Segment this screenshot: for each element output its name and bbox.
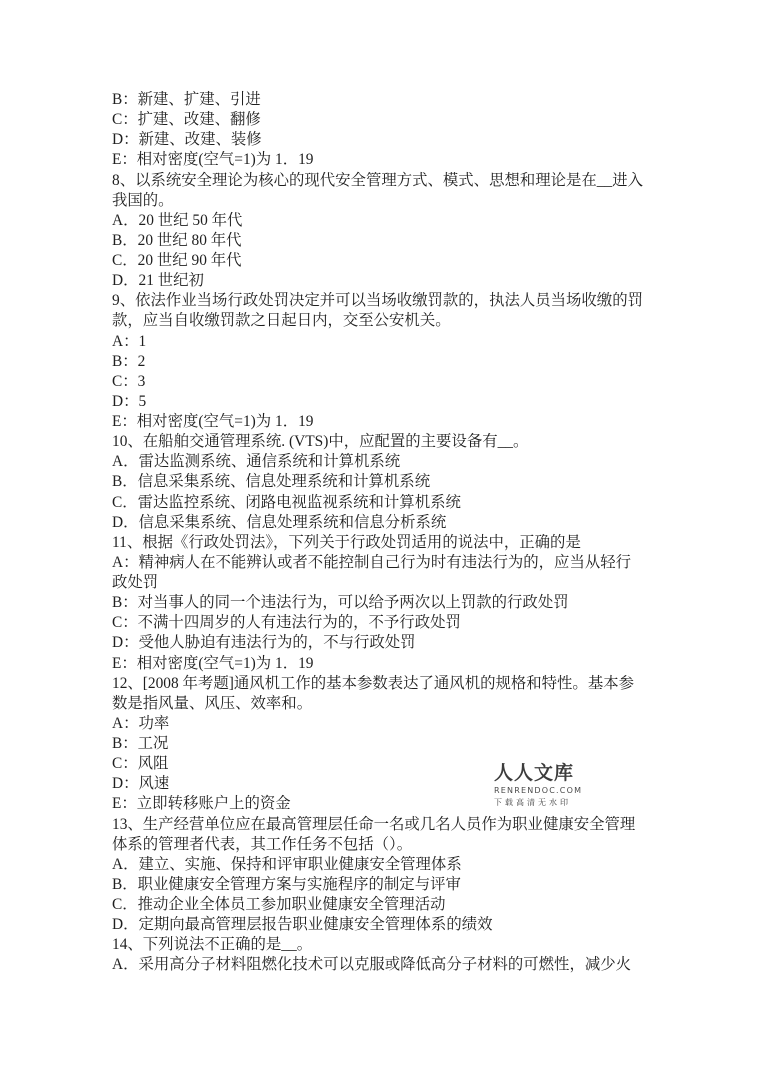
text-line: B．信息采集系统、信息处理系统和计算机系统: [112, 472, 672, 492]
text-line: 13、生产经营单位应在最高管理层任命一名或几名人员作为职业健康安全管理: [112, 815, 672, 835]
text-line: C：扩建、改建、翻修: [112, 110, 672, 130]
text-line: B．20 世纪 80 年代: [112, 231, 672, 251]
text-line: A．建立、实施、保持和评审职业健康安全管理体系: [112, 855, 672, 875]
text-line: E：相对密度(空气=1)为 1．19: [112, 150, 672, 170]
text-line: A．20 世纪 50 年代: [112, 211, 672, 231]
text-line: E：立即转移账户上的资金: [112, 794, 672, 814]
text-line: A．雷达监测系统、通信系统和计算机系统: [112, 452, 672, 472]
text-line: 体系的管理者代表，其工作任务不包括（）。: [112, 835, 672, 855]
text-line: B．职业健康安全管理方案与实施程序的制定与评审: [112, 875, 672, 895]
watermark-logo-text: 人人文库: [494, 764, 582, 784]
text-line: 10、在船舶交通管理系统. (VTS)中，应配置的主要设备有__。: [112, 432, 672, 452]
text-line: C：风阻: [112, 754, 672, 774]
text-line: 14、下列说法不正确的是__。: [112, 935, 672, 955]
text-line: C：不满十四周岁的人有违法行为的，不予行政处罚: [112, 613, 672, 633]
question-text-column: B：新建、扩建、引进 C：扩建、改建、翻修 D：新建、改建、装修 E：相对密度(…: [112, 90, 672, 976]
text-line: C：3: [112, 372, 672, 392]
text-line: E：相对密度(空气=1)为 1．19: [112, 412, 672, 432]
text-line: 政处罚: [112, 573, 672, 593]
text-line: A：功率: [112, 714, 672, 734]
text-line: D：风速: [112, 774, 672, 794]
text-line: C．20 世纪 90 年代: [112, 251, 672, 271]
text-line: A．采用高分子材料阻燃化技术可以克服或降低高分子材料的可燃性，减少火: [112, 955, 672, 975]
text-line: 款，应当自收缴罚款之日起日内，交至公安机关。: [112, 311, 672, 331]
text-line: B：2: [112, 352, 672, 372]
text-line: D：5: [112, 392, 672, 412]
text-line: D：新建、改建、装修: [112, 130, 672, 150]
watermark-domain-text: RENRENDOC.COM: [494, 787, 582, 795]
text-line: 8、以系统安全理论为核心的现代安全管理方式、模式、思想和理论是在__进入: [112, 171, 672, 191]
text-line: B：新建、扩建、引进: [112, 90, 672, 110]
text-line: 11、根据《行政处罚法》，下列关于行政处罚适用的说法中，正确的是: [112, 533, 672, 553]
text-line: D：受他人胁迫有违法行为的，不与行政处罚: [112, 633, 672, 653]
text-line: C．雷达监控系统、闭路电视监视系统和计算机系统: [112, 493, 672, 513]
watermark-subtitle-text: 下载高清无水印: [494, 799, 582, 807]
text-line: C．推动企业全体员工参加职业健康安全管理活动: [112, 895, 672, 915]
text-line: E：相对密度(空气=1)为 1．19: [112, 654, 672, 674]
watermark: 人人文库 RENRENDOC.COM 下载高清无水印: [494, 764, 582, 807]
text-line: D．定期向最高管理层报告职业健康安全管理体系的绩效: [112, 915, 672, 935]
text-line: D．信息采集系统、信息处理系统和信息分析系统: [112, 513, 672, 533]
document-page: B：新建、扩建、引进 C：扩建、改建、翻修 D：新建、改建、装修 E：相对密度(…: [0, 0, 763, 1080]
text-line: A：精神病人在不能辨认或者不能控制自己行为时有违法行为的，应当从轻行: [112, 553, 672, 573]
text-line: 数是指风量、风压、效率和。: [112, 694, 672, 714]
text-line: 12、[2008 年考题]通风机工作的基本参数表达了通风机的规格和特性。基本参: [112, 674, 672, 694]
text-line: A：1: [112, 332, 672, 352]
text-line: B：工况: [112, 734, 672, 754]
text-line: 9、依法作业当场行政处罚决定并可以当场收缴罚款的，执法人员当场收缴的罚: [112, 291, 672, 311]
text-line: 我国的。: [112, 191, 672, 211]
text-line: B：对当事人的同一个违法行为，可以给予两次以上罚款的行政处罚: [112, 593, 672, 613]
text-line: D．21 世纪初: [112, 271, 672, 291]
